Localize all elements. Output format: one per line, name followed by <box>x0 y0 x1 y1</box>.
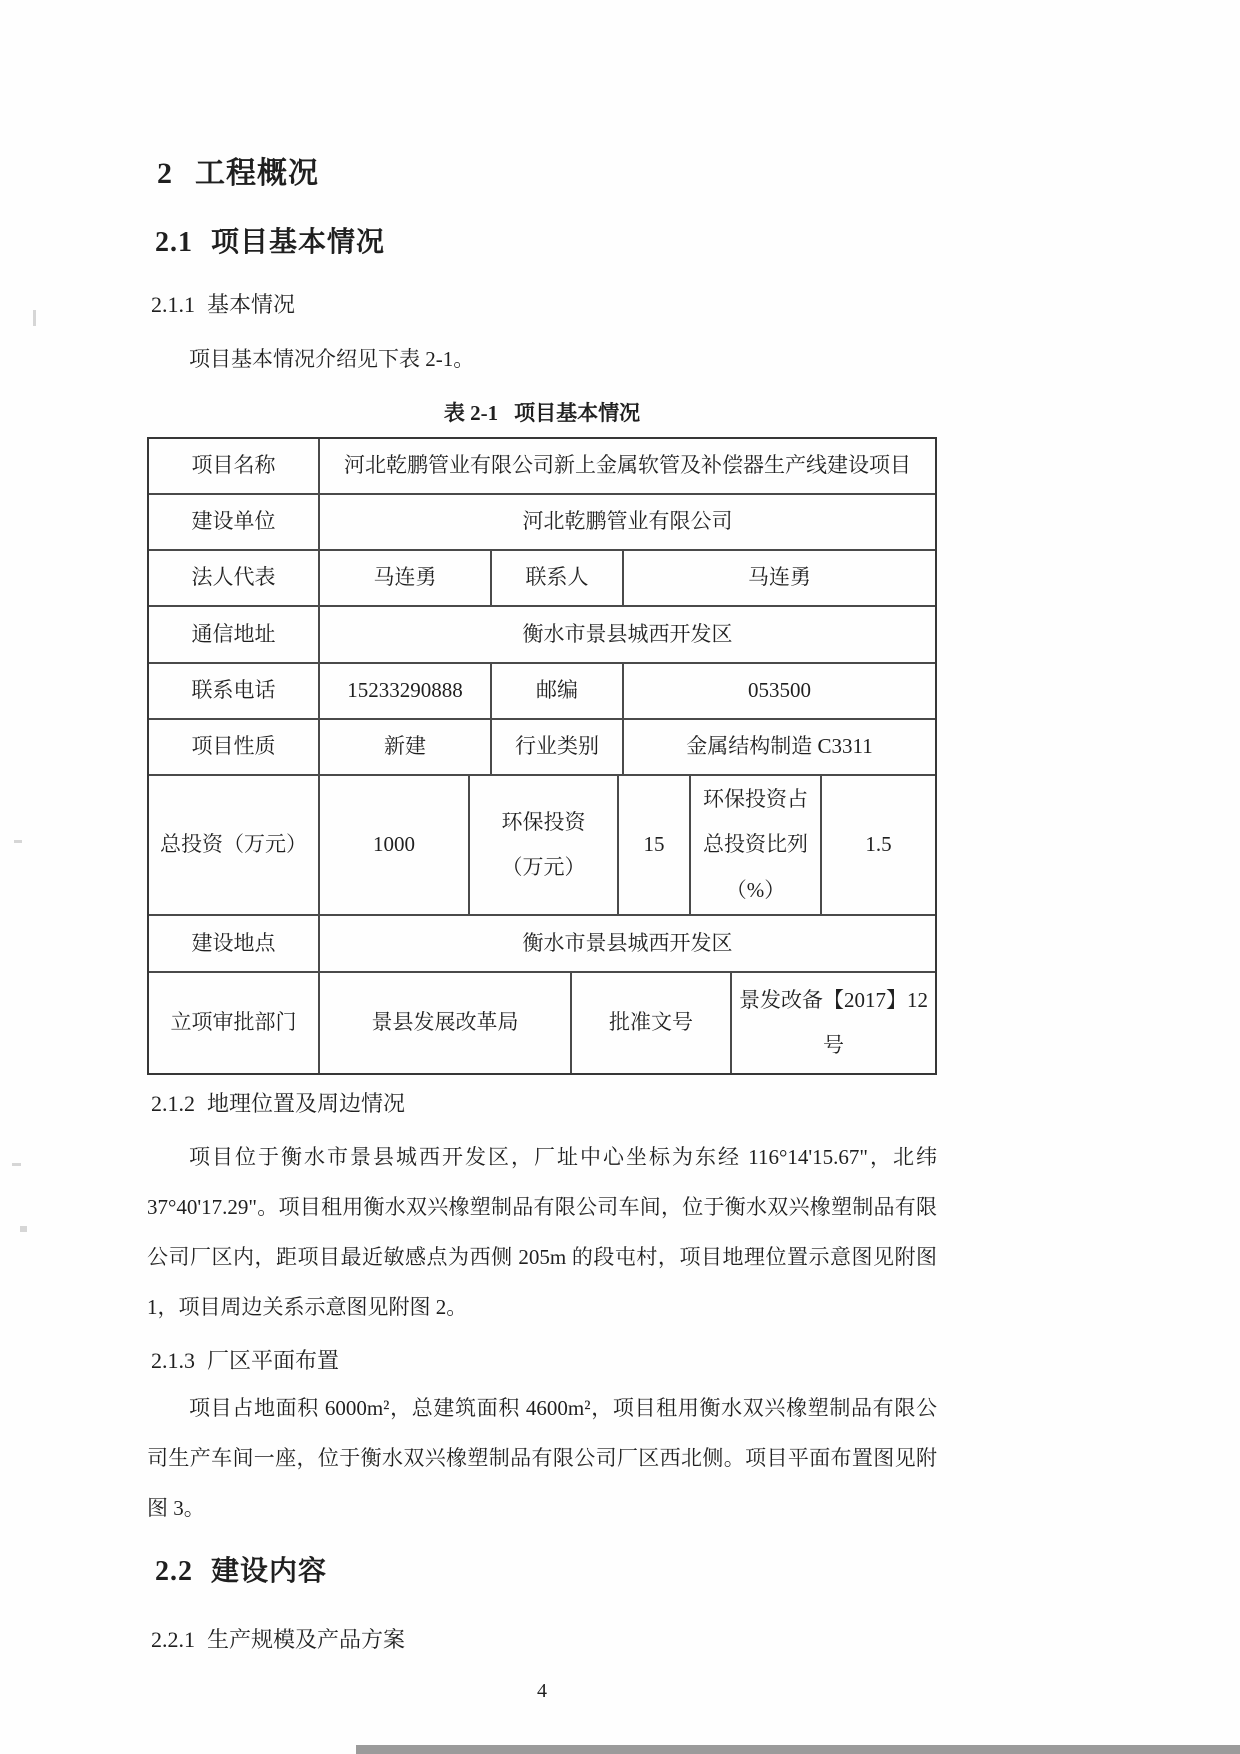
table-cell-value: 景发改备【2017】12 号 <box>732 973 935 1073</box>
table-row-mailing-address: 通信地址 衡水市景县城西开发区 <box>149 607 935 664</box>
table-cell-label: 项目名称 <box>149 439 320 493</box>
table-cell-value: 1000 <box>320 776 470 914</box>
scan-artifact <box>33 310 36 326</box>
table-cell-value: 15233290888 <box>320 664 492 718</box>
subsection-heading-2-1-3: 2.1.3厂区平面布置 <box>151 1344 937 1375</box>
basic-info-table: 项目名称 河北乾鹏管业有限公司新上金属软管及补偿器生产线建设项目 建设单位 河北… <box>147 437 937 1075</box>
section-heading-2-2: 2.2建设内容 <box>155 1549 937 1589</box>
table-cell-label: 批准文号 <box>572 973 732 1073</box>
scan-edge-bar <box>356 1745 1240 1754</box>
scan-artifact <box>20 1226 27 1232</box>
table-cell-value: 河北乾鹏管业有限公司新上金属软管及补偿器生产线建设项目 <box>320 439 935 493</box>
subsection-number: 2.2.1 <box>151 1627 195 1652</box>
table-caption-label: 表 2-1 <box>444 401 498 425</box>
table-cell-value: 河北乾鹏管业有限公司 <box>320 495 935 549</box>
section-title: 项目基本情况 <box>211 227 385 258</box>
table-cell-label: 行业类别 <box>492 720 624 774</box>
subsection-title: 生产规模及产品方案 <box>207 1627 405 1652</box>
table-cell-label: 联系电话 <box>149 664 320 718</box>
subsection-heading-2-1-1: 2.1.1基本情况 <box>151 288 937 319</box>
table-cell-label: 建设地点 <box>149 916 320 971</box>
section-number: 2.2 <box>155 1556 193 1587</box>
scan-artifact <box>12 1163 21 1166</box>
table-caption: 表 2-1项目基本情况 <box>147 397 937 427</box>
location-paragraph: 项目位于衡水市景县城西开发区，厂址中心坐标为东经 116°14'15.67"，北… <box>147 1132 937 1332</box>
table-cell-label: 通信地址 <box>149 607 320 662</box>
intro-paragraph: 项目基本情况介绍见下表 2-1。 <box>147 343 937 373</box>
table-cell-value: 053500 <box>624 664 935 718</box>
table-cell-value: 1.5 <box>822 776 935 914</box>
layout-paragraph: 项目占地面积 6000m²，总建筑面积 4600m²，项目租用衡水双兴橡塑制品有… <box>147 1383 937 1533</box>
subsection-heading-2-2-1: 2.2.1生产规模及产品方案 <box>151 1623 937 1654</box>
table-cell-label: 总投资（万元） <box>149 776 320 914</box>
table-row-project-nature: 项目性质 新建 行业类别 金属结构制造 C3311 <box>149 720 935 776</box>
table-row-construction-site: 建设地点 衡水市景县城西开发区 <box>149 916 935 973</box>
table-cell-label: 法人代表 <box>149 551 320 605</box>
table-cell-label: 项目性质 <box>149 720 320 774</box>
subsection-number: 2.1.1 <box>151 292 195 317</box>
table-row-approval: 立项审批部门 景县发展改革局 批准文号 景发改备【2017】12 号 <box>149 973 935 1073</box>
subsection-number: 2.1.3 <box>151 1348 195 1373</box>
table-row-contact-phone: 联系电话 15233290888 邮编 053500 <box>149 664 935 720</box>
table-caption-title: 项目基本情况 <box>514 401 640 425</box>
table-row-investment: 总投资（万元） 1000 环保投资 （万元） 15 环保投资占 总投资比列 （%… <box>149 776 935 916</box>
table-row-construction-unit: 建设单位 河北乾鹏管业有限公司 <box>149 495 935 551</box>
subsection-heading-2-1-2: 2.1.2地理位置及周边情况 <box>151 1087 937 1118</box>
table-cell-label: 环保投资占 总投资比列 （%） <box>691 776 822 914</box>
chapter-title: 工程概况 <box>195 157 319 190</box>
subsection-title: 地理位置及周边情况 <box>207 1091 405 1116</box>
page-number: 4 <box>147 1680 937 1703</box>
scan-artifact <box>14 840 22 843</box>
table-cell-value: 衡水市景县城西开发区 <box>320 916 935 971</box>
table-cell-label: 建设单位 <box>149 495 320 549</box>
table-cell-label: 环保投资 （万元） <box>470 776 619 914</box>
subsection-title: 基本情况 <box>207 292 295 317</box>
table-cell-value: 15 <box>619 776 691 914</box>
table-cell-value: 马连勇 <box>320 551 492 605</box>
table-cell-value: 新建 <box>320 720 492 774</box>
table-cell-value: 金属结构制造 C3311 <box>624 720 935 774</box>
table-cell-label: 联系人 <box>492 551 624 605</box>
table-cell-label: 立项审批部门 <box>149 973 320 1073</box>
table-row-legal-representative: 法人代表 马连勇 联系人 马连勇 <box>149 551 935 607</box>
table-row-project-name: 项目名称 河北乾鹏管业有限公司新上金属软管及补偿器生产线建设项目 <box>149 439 935 495</box>
table-cell-label: 邮编 <box>492 664 624 718</box>
section-heading-2-1: 2.1项目基本情况 <box>155 220 937 260</box>
document-page: 2工程概况 2.1项目基本情况 2.1.1基本情况 项目基本情况介绍见下表 2-… <box>0 0 1240 1754</box>
subsection-title: 厂区平面布置 <box>207 1348 339 1373</box>
chapter-number: 2 <box>157 157 173 190</box>
table-cell-value: 马连勇 <box>624 551 935 605</box>
section-number: 2.1 <box>155 227 193 258</box>
chapter-heading: 2工程概况 <box>157 148 937 192</box>
table-cell-value: 景县发展改革局 <box>320 973 572 1073</box>
table-cell-value: 衡水市景县城西开发区 <box>320 607 935 662</box>
subsection-number: 2.1.2 <box>151 1091 195 1116</box>
section-title: 建设内容 <box>211 1556 327 1587</box>
page-content: 2工程概况 2.1项目基本情况 2.1.1基本情况 项目基本情况介绍见下表 2-… <box>147 0 937 1703</box>
